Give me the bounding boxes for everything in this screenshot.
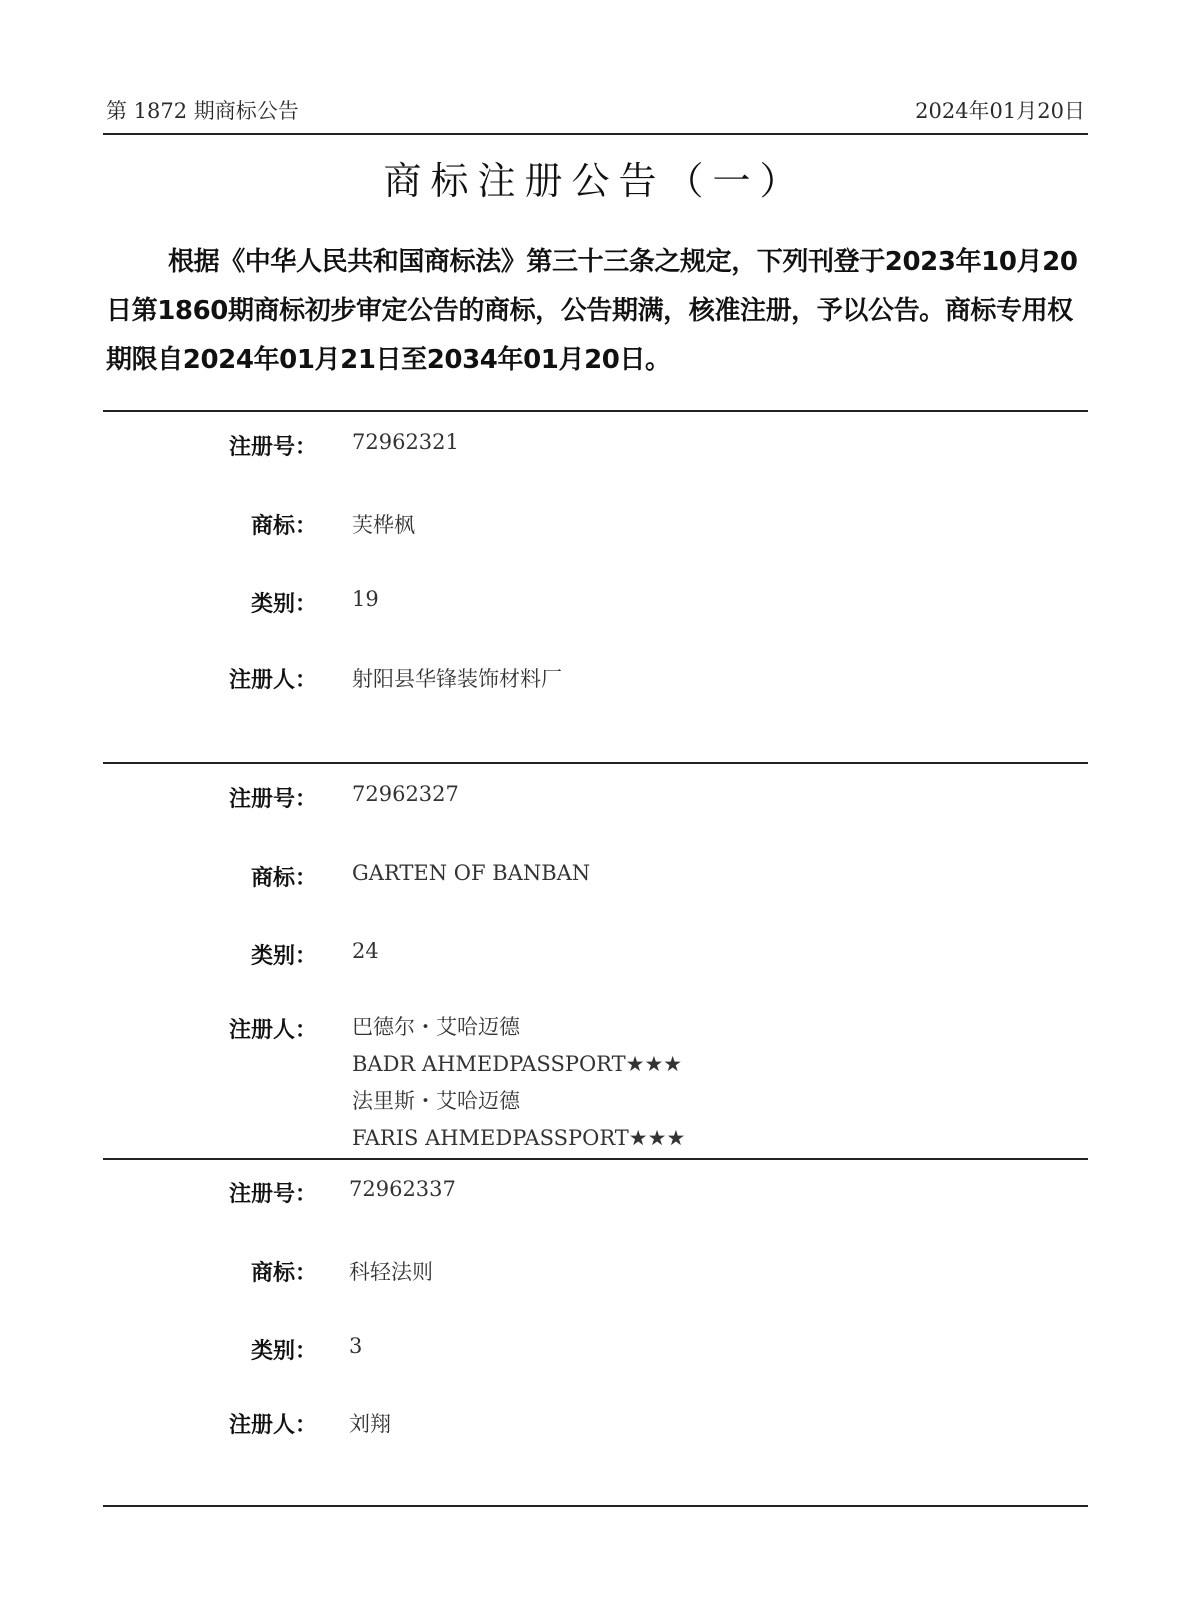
- registrant-value: 刘翔: [349, 1408, 391, 1438]
- registrant-row: 注册人： 刘翔: [0, 1408, 1190, 1448]
- class-label: 类别：: [251, 939, 317, 970]
- header-divider: [103, 133, 1088, 135]
- registrant-label: 注册人：: [229, 1013, 317, 1044]
- mark-value: GARTEN OF BANBAN: [352, 861, 590, 885]
- class-label: 类别：: [251, 1334, 317, 1365]
- mark-label: 商标：: [251, 509, 317, 540]
- class-value: 24: [352, 939, 379, 963]
- mark-value: 芙桦枫: [352, 509, 415, 539]
- reg-no-label: 注册号：: [229, 1177, 317, 1208]
- registrant-row: 注册人： 射阳县华锋装饰材料厂: [0, 663, 1190, 703]
- registrant-name: FARIS AHMEDPASSPORT★★★: [352, 1120, 685, 1157]
- record-divider: [103, 410, 1088, 412]
- reg-no-value: 72962321: [352, 430, 459, 454]
- class-row: 类别： 19: [0, 587, 1190, 627]
- registrant-value-list: 巴德尔・艾哈迈德 BADR AHMEDPASSPORT★★★ 法里斯・艾哈迈德 …: [352, 1009, 685, 1157]
- mark-value: 科轻法则: [349, 1256, 433, 1286]
- mark-row: 商标： GARTEN OF BANBAN: [0, 861, 1190, 901]
- registrant-name: 巴德尔・艾哈迈德: [352, 1009, 685, 1046]
- registrant-value: 射阳县华锋装饰材料厂: [352, 663, 562, 693]
- page-title: 商标注册公告（一）: [0, 150, 1190, 205]
- record-divider: [103, 762, 1088, 764]
- class-value: 19: [352, 587, 379, 611]
- header-issue: 第 1872 期商标公告: [106, 95, 299, 125]
- class-row: 类别： 3: [0, 1334, 1190, 1374]
- mark-row: 商标： 芙桦枫: [0, 509, 1190, 549]
- reg-no-label: 注册号：: [229, 782, 317, 813]
- footer-divider: [103, 1505, 1088, 1507]
- registrant-name: 法里斯・艾哈迈德: [352, 1083, 685, 1120]
- header-date: 2024年01月20日: [915, 95, 1085, 125]
- reg-no-row: 注册号： 72962321: [0, 430, 1190, 470]
- mark-label: 商标：: [251, 861, 317, 892]
- mark-row: 商标： 科轻法则: [0, 1256, 1190, 1296]
- reg-no-label: 注册号：: [229, 430, 317, 461]
- class-value: 3: [349, 1334, 362, 1358]
- reg-no-value: 72962337: [349, 1177, 456, 1201]
- class-row: 类别： 24: [0, 939, 1190, 979]
- mark-label: 商标：: [251, 1256, 317, 1287]
- reg-no-row: 注册号： 72962327: [0, 782, 1190, 822]
- intro-paragraph: 根据《中华人民共和国商标法》第三十三条之规定，下列刊登于2023年10月20日第…: [106, 238, 1086, 385]
- reg-no-value: 72962327: [352, 782, 459, 806]
- registrant-name: BADR AHMEDPASSPORT★★★: [352, 1046, 685, 1083]
- record-divider: [103, 1158, 1088, 1160]
- class-label: 类别：: [251, 587, 317, 618]
- reg-no-row: 注册号： 72962337: [0, 1177, 1190, 1217]
- registrant-label: 注册人：: [229, 1408, 317, 1439]
- registrant-label: 注册人：: [229, 663, 317, 694]
- registrant-row: 注册人： 巴德尔・艾哈迈德 BADR AHMEDPASSPORT★★★ 法里斯・…: [0, 1013, 1190, 1053]
